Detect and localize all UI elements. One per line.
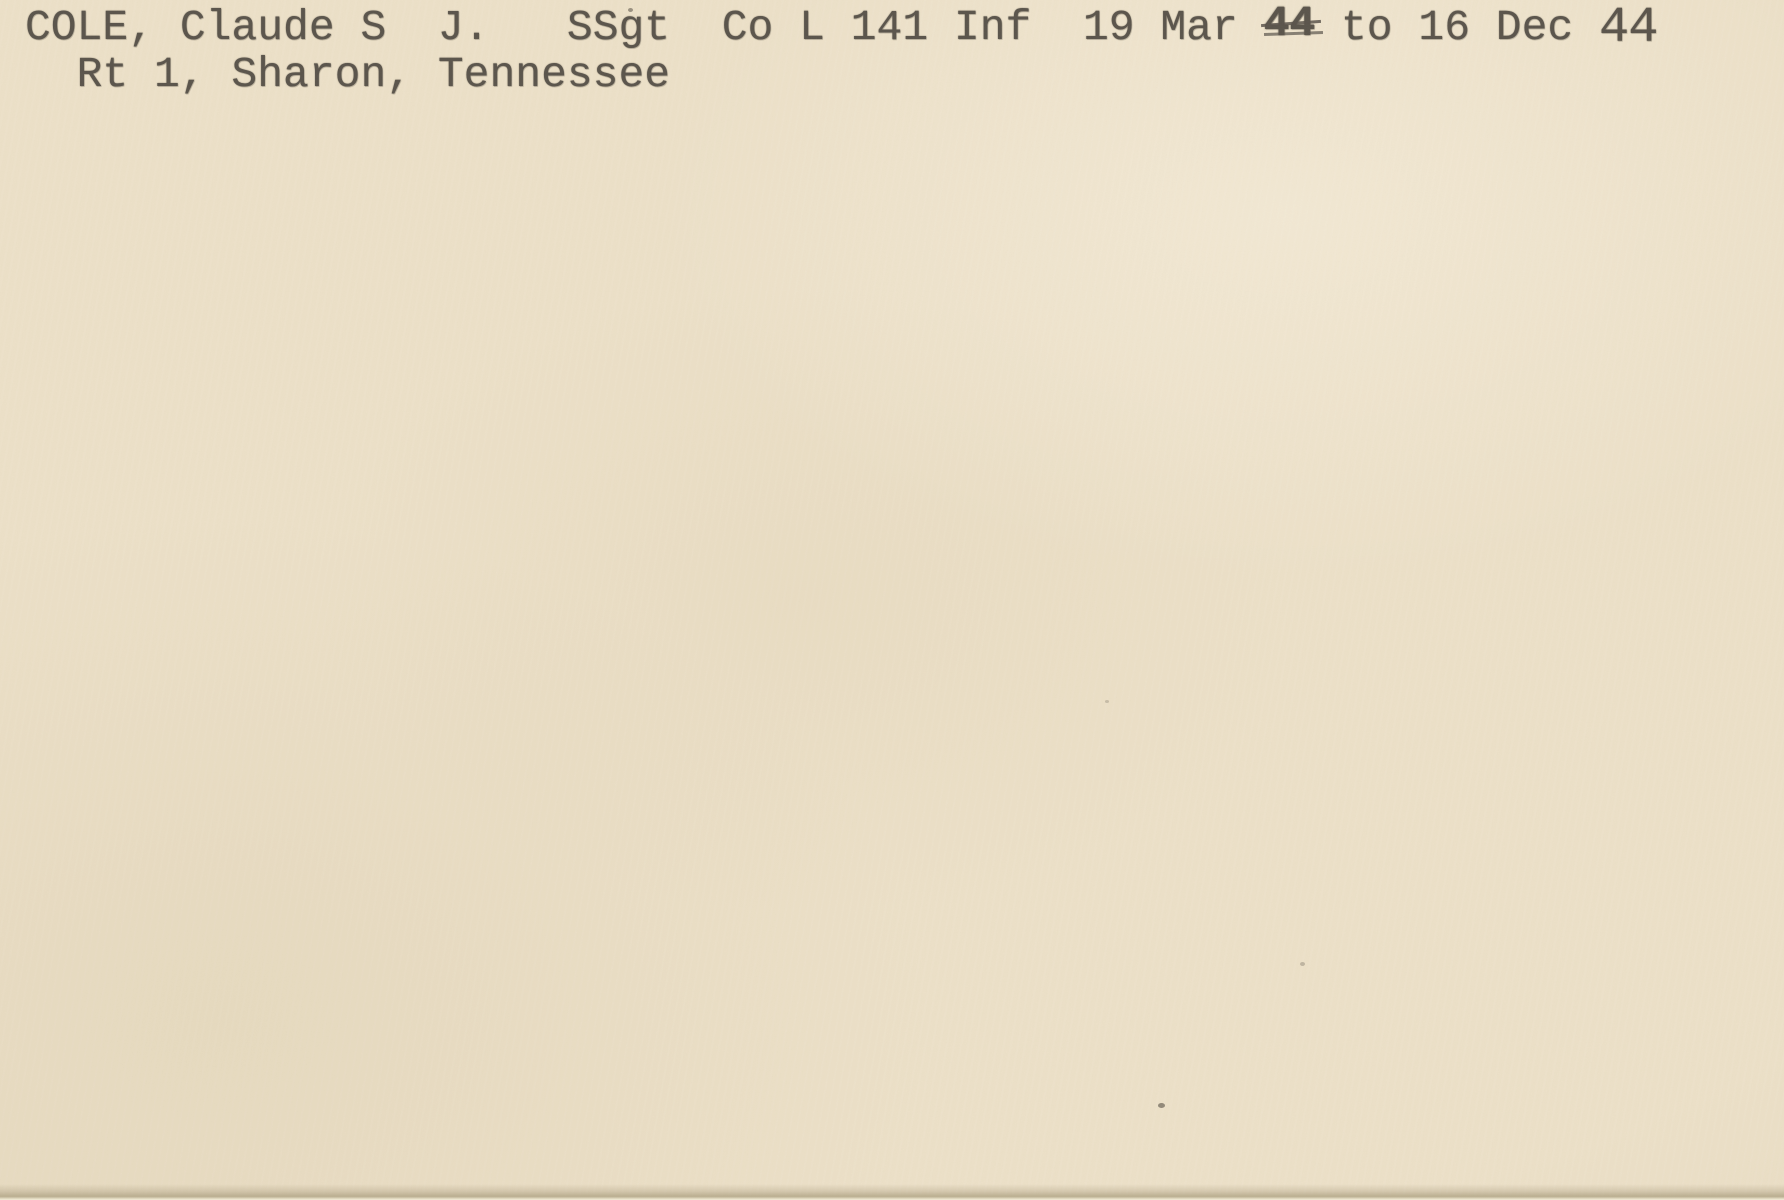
- service-end-date: 16 Dec: [1418, 4, 1573, 51]
- service-start-date: 19 Mar: [1083, 4, 1238, 51]
- paper-speck: [1158, 1103, 1165, 1108]
- rank: SSgt: [567, 4, 670, 51]
- unit: Co L 141 Inf: [722, 4, 1032, 51]
- paper-speck: [1300, 962, 1305, 966]
- typed-text-block: COLE, Claude S J.SSgtCo L 141 Inf19 Mar4…: [25, 3, 1657, 98]
- scan-edge-shadow: [0, 1184, 1784, 1200]
- struck-out-year: 44: [1264, 0, 1316, 47]
- paper-speck: [1105, 700, 1109, 703]
- index-card: COLE, Claude S J.SSgtCo L 141 Inf19 Mar4…: [0, 0, 1784, 1200]
- date-connector: to: [1341, 4, 1393, 51]
- soldier-name: COLE, Claude S J.: [25, 4, 489, 51]
- address-line: Rt 1, Sharon, Tennessee: [25, 51, 1657, 98]
- service-end-year: 44: [1599, 5, 1657, 52]
- service-record-line: COLE, Claude S J.SSgtCo L 141 Inf19 Mar4…: [25, 3, 1657, 51]
- paper-texture-overlay: [0, 0, 1784, 1200]
